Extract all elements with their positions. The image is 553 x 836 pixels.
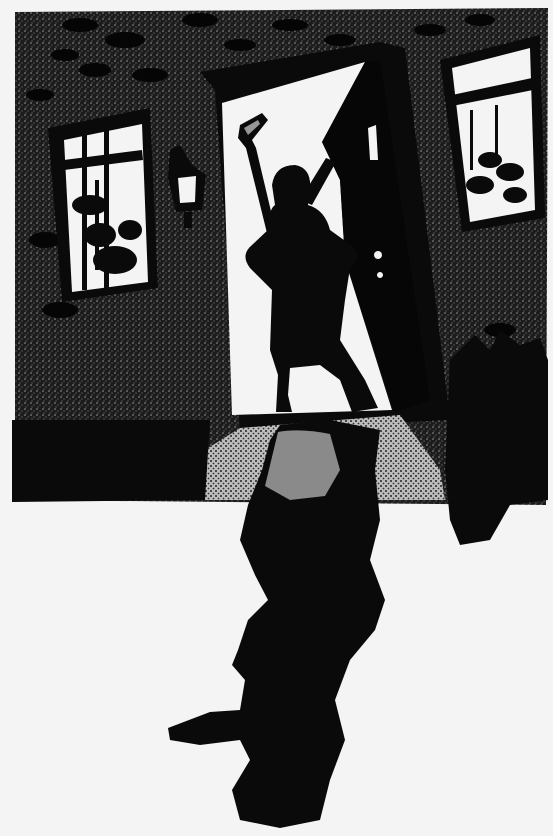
wall-base bbox=[12, 420, 210, 502]
bush bbox=[445, 330, 548, 545]
left-window bbox=[48, 108, 158, 302]
illustration bbox=[0, 0, 553, 836]
